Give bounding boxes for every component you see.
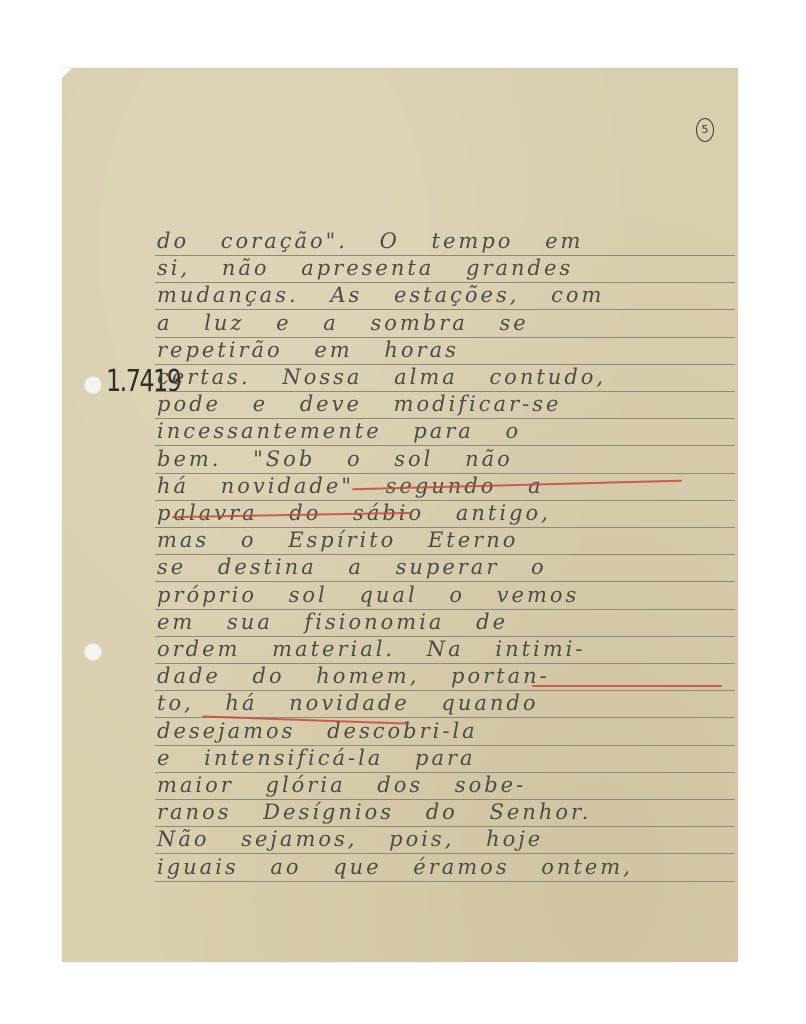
ruled-line: si, não apresenta grandes	[155, 255, 735, 283]
ruled-line: maior glória dos sobe-	[155, 772, 735, 800]
ruled-line: incessantemente para o	[155, 418, 735, 446]
ruled-line: se destina a superar o	[155, 554, 735, 582]
red-underline-3	[532, 685, 722, 687]
handwritten-line: e intensificá-la para	[157, 746, 733, 770]
handwritten-line: mudanças. As estações, com	[157, 283, 733, 307]
handwritten-line: incessantemente para o	[157, 419, 733, 443]
handwritten-line: maior glória dos sobe-	[157, 773, 733, 797]
ruled-line: bem. "Sob o sol não	[155, 446, 735, 474]
handwritten-line: mas o Espírito Eterno	[157, 528, 733, 552]
handwritten-line: a luz e a sombra se	[157, 311, 733, 335]
clipped-corner	[62, 68, 72, 78]
ruled-line: do coração". O tempo em	[155, 228, 735, 256]
handwritten-line: iguais ao que éramos ontem,	[157, 855, 733, 879]
handwritten-line: ordem material. Na intimi-	[157, 637, 733, 661]
ruled-line: e intensificá-la para	[155, 745, 735, 773]
handwritten-line: repetirão em horas	[157, 338, 733, 362]
handwritten-line: desejamos descobri-la	[157, 719, 733, 743]
handwritten-line: Não sejamos, pois, hoje	[157, 827, 733, 851]
handwritten-line: ranos Desígnios do Senhor.	[157, 800, 733, 824]
ruled-line: ranos Desígnios do Senhor.	[155, 799, 735, 827]
manuscript-page: 5 1.7419 do coração". O tempo emsi, não …	[62, 68, 738, 962]
ruled-line: em sua fisionomia de	[155, 609, 735, 637]
handwritten-line: to, há novidade quando	[157, 691, 733, 715]
handwritten-line: palavra do sábio antigo,	[157, 501, 733, 525]
ruled-line: repetirão em horas	[155, 337, 735, 365]
ruled-line: to, há novidade quando	[155, 690, 735, 718]
punch-hole-bottom	[84, 643, 102, 661]
ruled-line	[155, 881, 735, 908]
handwritten-line: certas. Nossa alma contudo,	[157, 365, 733, 389]
handwritten-line: próprio sol qual o vemos	[157, 583, 733, 607]
ruled-line: pode e deve modificar-se	[155, 391, 735, 419]
ruled-line: mas o Espírito Eterno	[155, 527, 735, 555]
ruled-line: a luz e a sombra se	[155, 310, 735, 338]
handwritten-line: bem. "Sob o sol não	[157, 447, 733, 471]
ruled-line: certas. Nossa alma contudo,	[155, 364, 735, 392]
handwritten-line: pode e deve modificar-se	[157, 392, 733, 416]
page-number: 5	[696, 118, 714, 142]
handwritten-line: se destina a superar o	[157, 555, 733, 579]
handwritten-line: em sua fisionomia de	[157, 610, 733, 634]
ruled-line: mudanças. As estações, com	[155, 282, 735, 310]
punch-hole-top	[84, 376, 102, 394]
ruled-line: desejamos descobri-la	[155, 718, 735, 746]
ruled-line: iguais ao que éramos ontem,	[155, 854, 735, 882]
ruled-line: próprio sol qual o vemos	[155, 582, 735, 610]
ruled-line: Não sejamos, pois, hoje	[155, 826, 735, 854]
handwritten-line: si, não apresenta grandes	[157, 256, 733, 280]
handwritten-line: do coração". O tempo em	[157, 229, 733, 253]
ruled-line: ordem material. Na intimi-	[155, 636, 735, 664]
